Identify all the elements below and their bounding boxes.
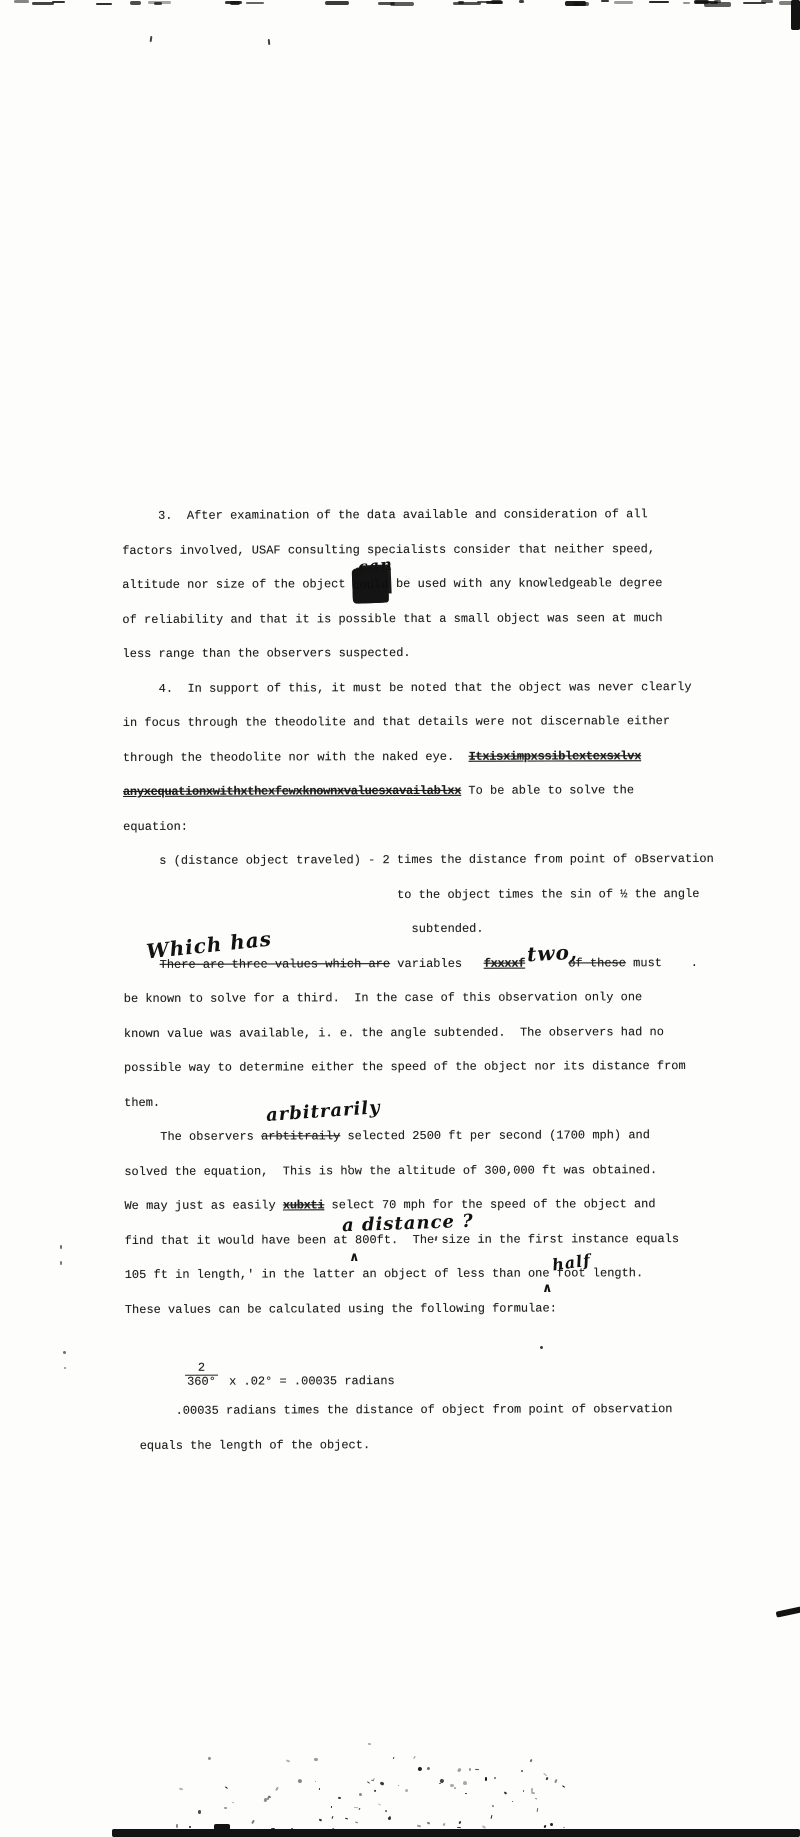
scan-speck [418, 1767, 423, 1772]
struck-text-segment: anyxequationxwithxthexfewxknownxvaluesxa… [123, 784, 461, 799]
scan-speck [531, 1792, 535, 1794]
film-edge-mark [575, 2, 588, 6]
scan-speck [485, 1777, 487, 1781]
text-segment: be known to solve for a third. In the ca… [124, 990, 643, 1006]
document-line: be known to solve for a third. In the ca… [124, 980, 784, 1017]
scan-speck [379, 1781, 384, 1786]
scan-speck [504, 1792, 507, 1795]
text-segment: s (distance object traveled) - 2 times t… [123, 852, 714, 868]
text-segment: through the theodolite nor with the nake… [123, 749, 469, 764]
scan-speck [224, 1787, 227, 1789]
scan-speck [385, 1810, 387, 1813]
scan-speck [232, 1802, 234, 1804]
text-segment: subtended. [123, 922, 483, 937]
scan-speck [64, 1367, 66, 1369]
scan-speck [404, 1788, 408, 1792]
scan-speck [462, 1780, 467, 1785]
text-segment: .00035 radians times the distance of obj… [125, 1402, 672, 1418]
scan-speck [442, 1822, 446, 1826]
film-edge-mark [32, 2, 54, 5]
scan-speck [319, 1788, 321, 1790]
scan-speck [540, 1346, 543, 1349]
text-segment: The observers [124, 1130, 261, 1144]
text-segment: known value was available, i. e. the ang… [124, 1025, 664, 1041]
film-edge-mark [154, 2, 162, 6]
document-line: them. [124, 1083, 784, 1120]
text-segment: 4. In support of this, it must be noted … [123, 680, 692, 696]
handwritten-annotation: two, [526, 940, 578, 967]
scan-speck [523, 1790, 524, 1793]
scan-speck [359, 1793, 362, 1796]
scan-speck [555, 1779, 558, 1783]
scan-speck [223, 1807, 226, 1810]
insertion-caret-mark: ∧ [349, 1250, 360, 1265]
text-segment: them. [124, 1095, 160, 1109]
film-edge-mark [130, 1, 141, 4]
scan-speck [60, 1245, 62, 1249]
scan-speck [543, 1825, 546, 1829]
scan-speck [475, 1769, 479, 1771]
film-edge-mark [325, 1, 348, 6]
document-line: These values can be calculated using the… [125, 1290, 785, 1327]
scan-speck [545, 1777, 548, 1781]
scan-speck [530, 1759, 533, 1763]
scan-speck [511, 1800, 513, 1802]
scan-speck [537, 1808, 539, 1812]
scan-speck [286, 1760, 290, 1764]
corner-mark [791, 0, 800, 30]
scan-speck [208, 1756, 212, 1760]
text-segment: x .02° = .00035 radians [222, 1374, 395, 1389]
scan-speck [373, 1790, 376, 1793]
document-line: equation: [123, 807, 783, 844]
document-line: in focus through the theodolite and that… [123, 704, 783, 741]
scan-speck [359, 1808, 361, 1810]
struck-text-segment: arbtitraily [261, 1129, 340, 1143]
typewritten-text-block: 3. After examination of the data availab… [122, 497, 785, 1463]
scan-speck [439, 1778, 444, 1783]
text-segment: 3. After examination of the data availab… [122, 507, 648, 523]
scan-speck [150, 36, 153, 42]
text-segment: of reliability and that it is possible t… [122, 611, 662, 627]
scan-speck [426, 1821, 429, 1824]
film-edge-mark [694, 0, 709, 4]
scan-speck [535, 1797, 537, 1799]
handwritten-annotation: can [357, 555, 393, 577]
scan-speck [354, 1807, 358, 1809]
film-edge-mark [614, 1, 633, 4]
film-edge-mark [683, 2, 690, 4]
document-line: known value was available, i. e. the ang… [124, 1014, 784, 1051]
scan-speck [562, 1785, 565, 1788]
document-line: The observers arbtitraily selected 2500 … [124, 1118, 784, 1155]
film-edge-mark [246, 2, 264, 4]
scan-speck [319, 1818, 322, 1821]
text-segment: variables [390, 956, 484, 970]
edge-dash-mark [776, 1606, 800, 1617]
film-edge-mark [52, 1, 65, 3]
struck-text-segment: xubxti [283, 1198, 324, 1212]
struck-text-segment: fxxxxf [484, 956, 525, 970]
scan-speck [393, 1757, 395, 1760]
film-edge-mark [230, 1, 241, 4]
scan-speck [417, 1825, 421, 1828]
text-segment: select 70 mph for the speed of the objec… [324, 1197, 655, 1212]
text-segment: altitude nor size of the object [122, 577, 352, 592]
fraction: 2360° [185, 1362, 218, 1389]
scan-speck [457, 1768, 461, 1772]
scan-speck [176, 1824, 179, 1828]
document-line: factors involved, USAF consulting specia… [122, 531, 782, 568]
scan-speck [313, 1757, 317, 1760]
scan-speck [459, 1821, 462, 1824]
film-edge-mark [714, 0, 722, 3]
text-segment: These values can be calculated using the… [125, 1301, 557, 1317]
struck-text-segment: Itxisximpxssiblextexsxlvx [469, 749, 642, 764]
text-segment: solved the equation, This is how the alt… [124, 1163, 657, 1179]
scan-speck [275, 1787, 279, 1791]
scan-speck [549, 1823, 553, 1827]
scan-speck [198, 1810, 201, 1814]
scan-speck [344, 1818, 347, 1820]
scan-speck [454, 1787, 456, 1790]
scan-speck [492, 1804, 494, 1806]
document-line: solved the equation, This is how the alt… [124, 1152, 784, 1189]
scan-speck [179, 1788, 183, 1791]
text-segment: less range than the observers suspected. [123, 646, 411, 661]
scan-speck [413, 1756, 415, 1759]
scan-speck [297, 1779, 302, 1784]
scan-speck [388, 1817, 392, 1821]
scan-speck [367, 1782, 370, 1785]
document-line: 2360° x .02° = .00035 radians [125, 1341, 785, 1394]
scan-speck [355, 1821, 359, 1823]
scan-speck [439, 1783, 441, 1784]
text-segment: possible way to determine either the spe… [124, 1059, 686, 1075]
document-line: to the object times the sin of ½ the ang… [123, 876, 783, 913]
struck-text-segment: There are three values which are [160, 957, 390, 972]
document-line: of reliability and that it is possible t… [122, 600, 782, 637]
document-page: 3. After examination of the data availab… [0, 0, 800, 1837]
text-segment: to the object times the sin of ½ the ang… [123, 886, 699, 902]
scan-speck [263, 1797, 267, 1801]
scan-speck [398, 1785, 400, 1787]
scan-speck [469, 1768, 471, 1771]
text-segment: equals the length of the object. [125, 1438, 370, 1453]
film-edge-mark [649, 1, 669, 3]
text-segment: be used with any knowledgeable degree [389, 576, 663, 591]
document-line: possible way to determine either the spe… [124, 1049, 784, 1086]
scan-speck [378, 1804, 381, 1806]
scan-speck [60, 1261, 62, 1265]
scan-speck [426, 1767, 430, 1771]
film-edge-mark [519, 0, 525, 3]
film-edge-mark [96, 3, 111, 5]
scan-speck [490, 1815, 492, 1819]
document-line: anyxequationxwithxthexfewxknownxvaluesxa… [123, 773, 783, 810]
scan-speck [465, 1793, 467, 1794]
film-edge-mark [14, 0, 29, 3]
text-segment: To be able to solve the [461, 783, 634, 798]
scan-speck [520, 1770, 523, 1773]
document-line: through the theodolite nor with the nake… [123, 738, 783, 775]
text-segment: in focus through the theodolite and that… [123, 714, 670, 730]
document-line: altitude nor size of the object could be… [122, 566, 782, 603]
scan-speck [348, 1165, 350, 1168]
film-edge-mark [743, 2, 767, 4]
document-line: equals the length of the object. [125, 1426, 785, 1463]
scan-speck [482, 1825, 486, 1829]
scan-speck [494, 1777, 496, 1780]
scan-speck [331, 1815, 333, 1818]
document-line: 105 ft in length,' in the latter an obje… [125, 1256, 785, 1293]
scan-speck [331, 1806, 332, 1808]
text-segment: equation: [123, 819, 188, 833]
scan-edge-bar [214, 1824, 230, 1836]
scan-speck [63, 1351, 66, 1354]
insertion-caret-mark: ∧ [542, 1281, 553, 1296]
scan-speck [315, 1781, 317, 1783]
text-segment: selected 2500 ft per second (1700 mph) a… [340, 1128, 650, 1143]
document-line: s (distance object traveled) - 2 times t… [123, 842, 783, 879]
film-edge-mark [477, 1, 500, 3]
text-segment: We may just as easily [124, 1198, 282, 1213]
text-segment: must . [626, 955, 698, 969]
document-line: less range than the observers suspected. [122, 635, 782, 672]
document-line: .00035 radians times the distance of obj… [125, 1392, 785, 1429]
film-edge-mark [458, 1, 464, 4]
scan-speck [268, 39, 271, 45]
document-line: 3. After examination of the data availab… [122, 497, 782, 534]
scan-speck [368, 1743, 371, 1745]
film-edge-mark [601, 0, 609, 2]
document-line: 4. In support of this, it must be noted … [123, 669, 783, 706]
scan-speck [251, 1820, 255, 1825]
scan-speck [338, 1797, 342, 1799]
scan-speck [450, 1784, 454, 1788]
